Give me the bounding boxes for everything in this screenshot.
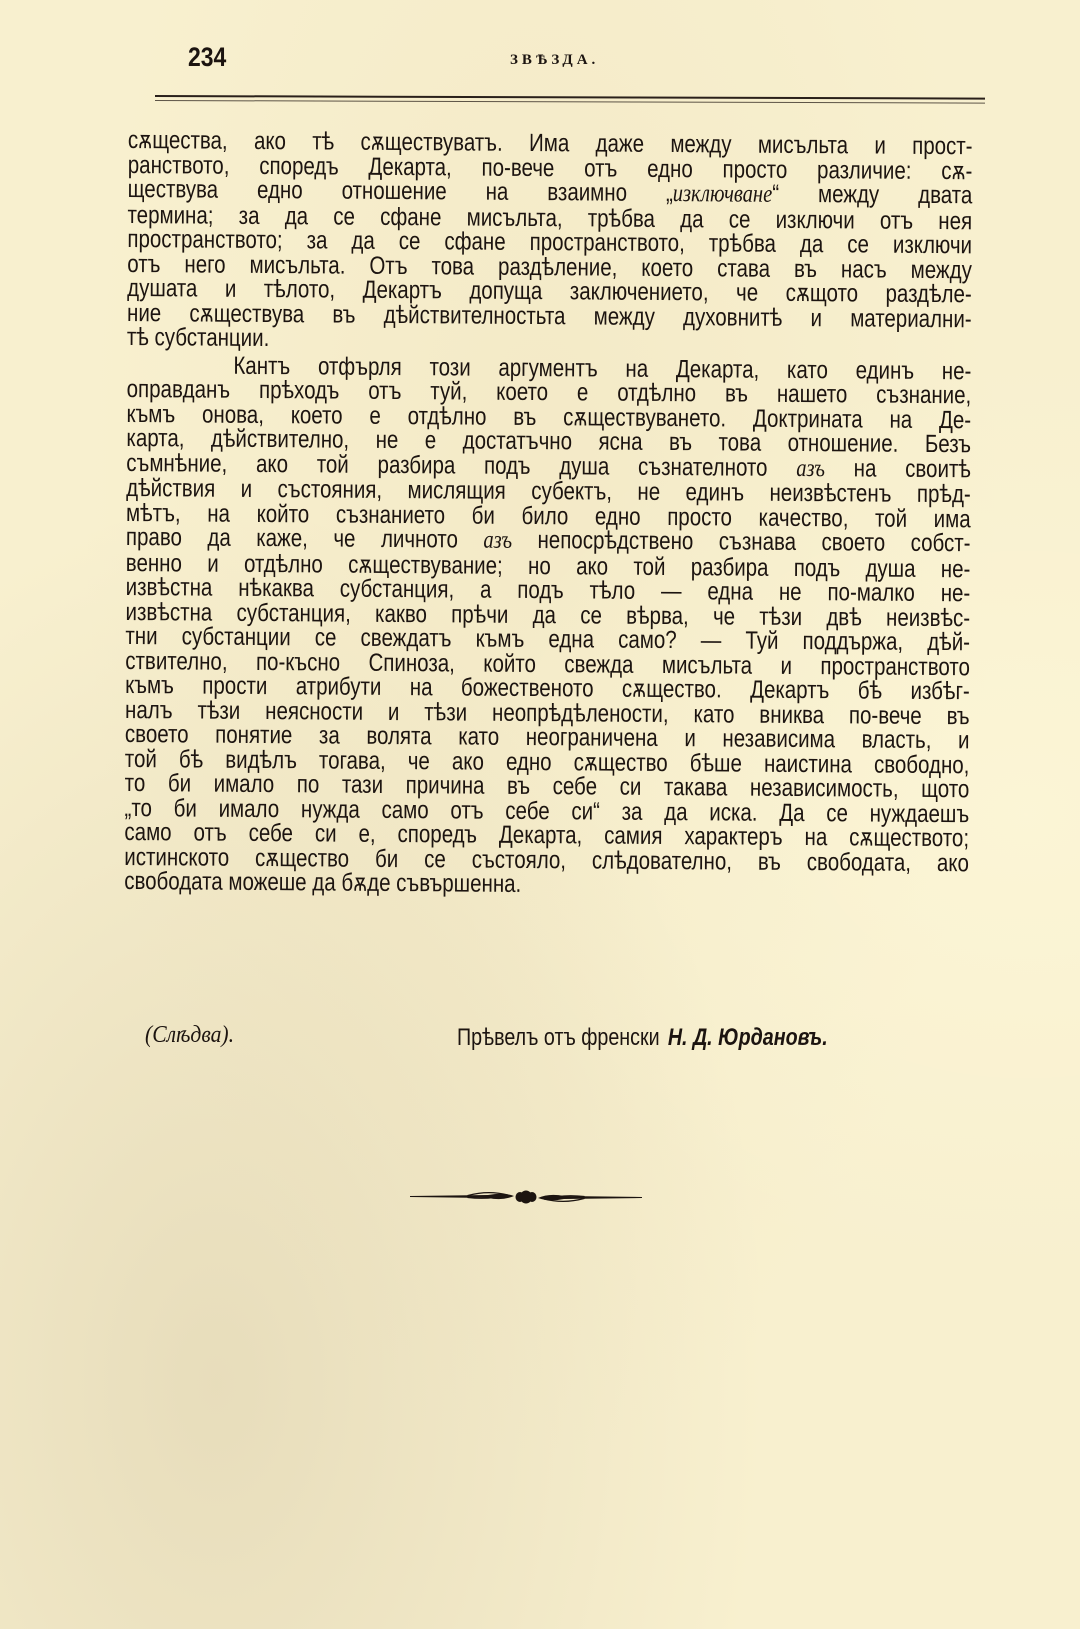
italic-term: азъ: [483, 527, 512, 554]
paragraph-1: сѫщества, ако тѣ сѫществуватъ. Има даже …: [127, 128, 973, 356]
italic-term: азъ: [796, 454, 825, 481]
italic-term: изключване: [673, 180, 773, 208]
journal-title: ЗВѢЗДА.: [510, 52, 599, 69]
paragraph-2: Кантъ отфърля този аргументъ на Декарта,…: [124, 352, 971, 899]
page-number: 234: [188, 42, 226, 73]
translator-prefix: Прѣвелъ отъ френски: [457, 1024, 660, 1051]
running-head: 234 ЗВѢЗДА.: [150, 42, 985, 82]
scanned-page: 234 ЗВѢЗДА. сѫщества, ако тѣ сѫществуват…: [0, 0, 1080, 1629]
article-footer: (Слѣдва). Прѣвелъ отъ френскиН. Д. Юрдан…: [145, 1022, 945, 1056]
decorative-flourish-divider-icon: [408, 1186, 644, 1208]
continued-label: (Слѣдва).: [145, 1022, 234, 1049]
article-body: сѫщества, ако тѣ сѫществуватъ. Има даже …: [124, 128, 972, 903]
header-double-rule: [155, 95, 985, 106]
translator-credit: Прѣвелъ отъ френскиН. Д. Юрдановъ.: [457, 1024, 828, 1052]
translator-name: Н. Д. Юрдановъ.: [668, 1024, 828, 1051]
